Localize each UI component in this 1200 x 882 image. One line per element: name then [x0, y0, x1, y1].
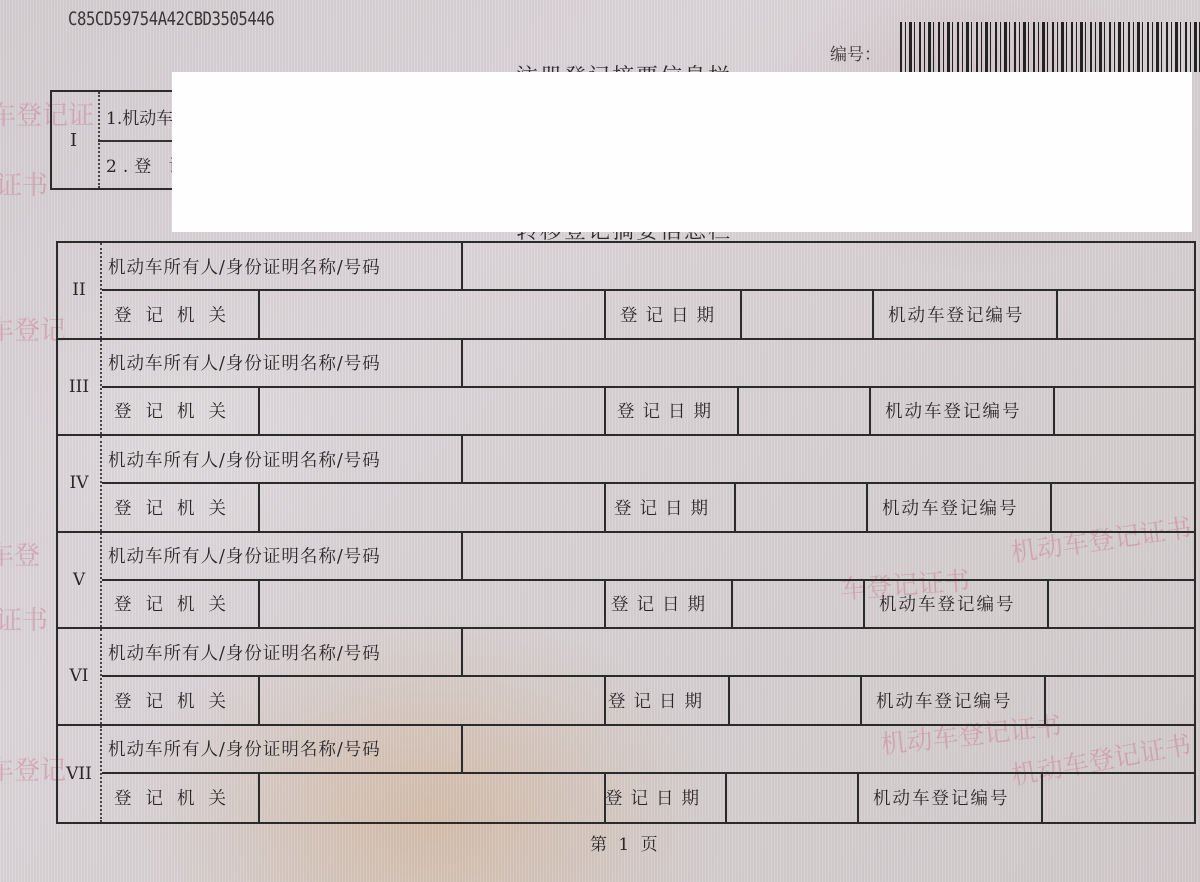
watermark: 证书 [0, 165, 48, 202]
registration-authority-field[interactable] [260, 388, 606, 435]
owner-value-field[interactable] [463, 340, 1194, 386]
group-numeral: III [58, 340, 100, 435]
registration-number-field[interactable] [1058, 484, 1194, 531]
owner-row: 机动车所有人/身份证明名称/号码 [102, 726, 1194, 774]
section-1-line-1: 1.机动车 [106, 104, 173, 129]
registration-row: 登记机关 登记日期 机动车登记编号 [102, 388, 1194, 435]
owner-label: 机动车所有人/身份证明名称/号码 [102, 629, 463, 675]
owner-label: 机动车所有人/身份证明名称/号码 [102, 533, 463, 579]
registration-date-label: 登记日期 [606, 291, 742, 338]
registration-authority-label: 登记机关 [102, 677, 260, 724]
barcode [900, 22, 1200, 72]
registration-number-field[interactable] [1058, 581, 1194, 628]
registration-number-label: 机动车登记编号 [871, 388, 1055, 435]
registration-group: VI 机动车所有人/身份证明名称/号码 登记机关 登记日期 机动车登记编号 [58, 629, 1194, 726]
registration-date-label: 登记日期 [591, 774, 727, 823]
registration-date-field[interactable] [739, 388, 871, 435]
owner-row: 机动车所有人/身份证明名称/号码 [102, 629, 1194, 677]
registration-number-field[interactable] [1058, 774, 1194, 823]
registration-authority-label: 登记机关 [102, 774, 260, 823]
group-numeral: VI [58, 629, 100, 724]
registration-authority-field[interactable] [260, 291, 606, 338]
registration-number-label: 机动车登记编号 [862, 677, 1046, 724]
owner-value-field[interactable] [463, 726, 1194, 772]
registration-row: 登记机关 登记日期 机动车登记编号 [102, 677, 1194, 724]
registration-group: III 机动车所有人/身份证明名称/号码 登记机关 登记日期 机动车登记编号 [58, 340, 1194, 437]
owner-label: 机动车所有人/身份证明名称/号码 [102, 436, 463, 482]
registration-date-label: 登记日期 [600, 484, 736, 531]
registration-number-label: 机动车登记编号 [868, 484, 1052, 531]
registration-authority-field[interactable] [260, 484, 606, 531]
owner-row: 机动车所有人/身份证明名称/号码 [102, 436, 1194, 484]
registration-authority-field[interactable] [260, 774, 606, 823]
registration-date-field[interactable] [736, 484, 868, 531]
redaction-box [172, 72, 1192, 232]
group-numeral: IV [58, 436, 100, 531]
registration-date-label: 登记日期 [603, 388, 739, 435]
group-numeral: VII [58, 726, 100, 823]
owner-value-field[interactable] [463, 629, 1194, 675]
registration-number-label: 机动车登记编号 [874, 291, 1058, 338]
registration-date-field[interactable] [727, 774, 859, 823]
owner-label: 机动车所有人/身份证明名称/号码 [102, 340, 463, 386]
registration-date-field[interactable] [730, 677, 862, 724]
owner-label: 机动车所有人/身份证明名称/号码 [102, 243, 463, 289]
serial-number: C85CD59754A42CBD3505446 [68, 8, 274, 30]
registration-number-label: 机动车登记编号 [859, 774, 1043, 823]
owner-label: 机动车所有人/身份证明名称/号码 [102, 726, 463, 772]
registration-authority-label: 登记机关 [102, 581, 260, 628]
owner-row: 机动车所有人/身份证明名称/号码 [102, 533, 1194, 581]
registration-row: 登记机关 登记日期 机动车登记编号 [102, 774, 1194, 823]
transfer-registration-table: II 机动车所有人/身份证明名称/号码 登记机关 登记日期 机动车登记编号 II… [56, 241, 1196, 824]
owner-value-field[interactable] [463, 243, 1194, 289]
registration-row: 登记机关 登记日期 机动车登记编号 [102, 291, 1194, 338]
registration-number-field[interactable] [1058, 388, 1194, 435]
registration-group: V 机动车所有人/身份证明名称/号码 登记机关 登记日期 机动车登记编号 [58, 533, 1194, 630]
registration-authority-label: 登记机关 [102, 291, 260, 338]
registration-date-label: 登记日期 [597, 581, 733, 628]
registration-row: 登记机关 登记日期 机动车登记编号 [102, 581, 1194, 628]
group-numeral: II [58, 243, 100, 338]
owner-row: 机动车所有人/身份证明名称/号码 [102, 340, 1194, 388]
section-1-numeral: I [70, 130, 77, 151]
registration-authority-field[interactable] [260, 581, 606, 628]
watermark: 证书 [0, 600, 48, 637]
registration-group: IV 机动车所有人/身份证明名称/号码 登记机关 登记日期 机动车登记编号 [58, 436, 1194, 533]
registration-group: II 机动车所有人/身份证明名称/号码 登记机关 登记日期 机动车登记编号 [58, 243, 1194, 340]
code-label: 编号： [830, 40, 881, 65]
group-numeral: V [58, 533, 100, 628]
registration-group: VII 机动车所有人/身份证明名称/号码 登记机关 登记日期 机动车登记编号 [58, 726, 1194, 823]
registration-date-field[interactable] [733, 581, 865, 628]
registration-number-label: 机动车登记编号 [865, 581, 1049, 628]
owner-value-field[interactable] [463, 533, 1194, 579]
registration-number-field[interactable] [1058, 677, 1194, 724]
registration-authority-label: 登记机关 [102, 388, 260, 435]
watermark: 车登 [0, 535, 40, 572]
registration-authority-label: 登记机关 [102, 484, 260, 531]
registration-date-label: 登记日期 [594, 677, 730, 724]
owner-row: 机动车所有人/身份证明名称/号码 [102, 243, 1194, 291]
registration-authority-field[interactable] [260, 677, 606, 724]
owner-value-field[interactable] [463, 436, 1194, 482]
page-number: 第 1 页 [590, 830, 661, 855]
registration-number-field[interactable] [1058, 291, 1194, 338]
registration-row: 登记机关 登记日期 机动车登记编号 [102, 484, 1194, 531]
registration-date-field[interactable] [742, 291, 874, 338]
